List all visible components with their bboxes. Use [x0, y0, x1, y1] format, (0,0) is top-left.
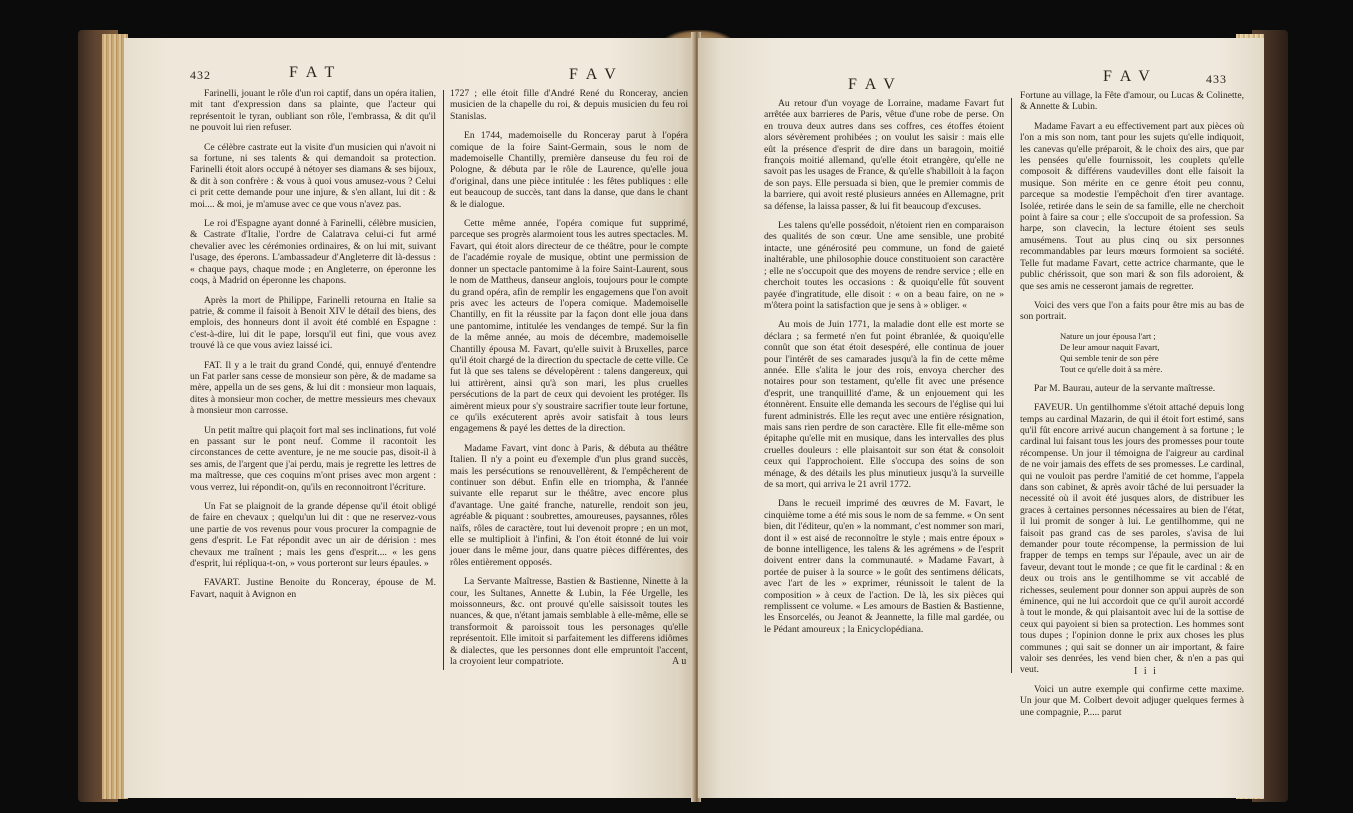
verse-block: Nature un jour épousa l'art ;De leur amo…: [1060, 331, 1244, 375]
paragraph: Les talens qu'elle possédoit, n'étoient …: [764, 220, 1004, 311]
text-column-2: 1727 ; elle étoit fille d'André René du …: [450, 88, 688, 676]
running-header-left: FAT: [289, 64, 343, 82]
paragraph: Fortune au village, la Fête d'amour, ou …: [1020, 90, 1244, 113]
paragraph: Au retour d'un voyage de Lorraine, madam…: [764, 98, 1004, 212]
text-column-2: Fortune au village, la Fête d'amour, ou …: [1020, 90, 1244, 726]
paragraph: Après la mort de Philippe, Farinelli ret…: [190, 295, 436, 352]
verse-line: Qui semble tenir de son père: [1060, 353, 1244, 364]
verse-line: Tout ce qu'elle doit à sa mère.: [1060, 364, 1244, 375]
page-number: 433: [1206, 72, 1227, 87]
open-book: 432 FAT FAV Farinelli, jouant le rôle d'…: [78, 22, 1288, 807]
left-page: 432 FAT FAV Farinelli, jouant le rôle d'…: [124, 38, 696, 798]
text-column-1: Au retour d'un voyage de Lorraine, madam…: [764, 98, 1004, 643]
paragraph: Cette même année, l'opéra comique fut su…: [450, 218, 688, 435]
text-column-1: Farinelli, jouant le rôle d'un roi capti…: [190, 88, 436, 608]
paragraph: Voici des vers que l'on a faits pour êtr…: [1020, 300, 1244, 323]
paragraph: Farinelli, jouant le rôle d'un roi capti…: [190, 88, 436, 134]
column-rule: [443, 90, 444, 670]
running-header-right: FAV: [1103, 68, 1159, 86]
signature-mark: I i i: [1134, 666, 1158, 677]
catchword: Au: [672, 656, 688, 667]
paragraph: Madame Favart a eu effectivement part au…: [1020, 121, 1244, 292]
right-page: FAV FAV 433 Au retour d'un voyage de Lor…: [698, 38, 1264, 798]
running-header-left: FAV: [848, 76, 904, 94]
paragraph: FAVEUR. Un gentilhomme s'étoit attaché d…: [1020, 402, 1244, 676]
page-number: 432: [190, 68, 211, 83]
paragraph: Madame Favart, vint donc à Paris, & débu…: [450, 443, 688, 568]
verse-line: De leur amour naquit Favart,: [1060, 342, 1244, 353]
paragraph: Dans le recueil imprimé des œuvres de M.…: [764, 498, 1004, 635]
paragraph: En 1744, mademoiselle du Ronceray parut …: [450, 130, 688, 210]
paragraph: Un Fat se plaignoit de la grande dépense…: [190, 501, 436, 569]
paragraph: FAT. Il y a le trait du grand Condé, qui…: [190, 360, 436, 417]
verse-line: Nature un jour épousa l'art ;: [1060, 331, 1244, 342]
paragraph: Au mois de Juin 1771, la maladie dont el…: [764, 319, 1004, 490]
paragraph: Le roi d'Espagne ayant donné à Farinelli…: [190, 218, 436, 286]
column-rule: [1011, 98, 1012, 673]
paragraph: 1727 ; elle étoit fille d'André René du …: [450, 88, 688, 122]
paragraph: La Servante Maîtresse, Bastien & Bastien…: [450, 576, 688, 667]
running-header-right: FAV: [569, 66, 625, 84]
paragraph: Voici un autre exemple qui confirme cett…: [1020, 684, 1244, 718]
paragraph: Un petit maître qui plaçoit fort mal ses…: [190, 425, 436, 493]
paragraph: Ce célèbre castrate eut la visite d'un m…: [190, 142, 436, 210]
paragraph: FAVART. Justine Benoite du Ronceray, épo…: [190, 577, 436, 600]
paragraph: Par M. Baurau, auteur de la servante maî…: [1020, 383, 1244, 394]
